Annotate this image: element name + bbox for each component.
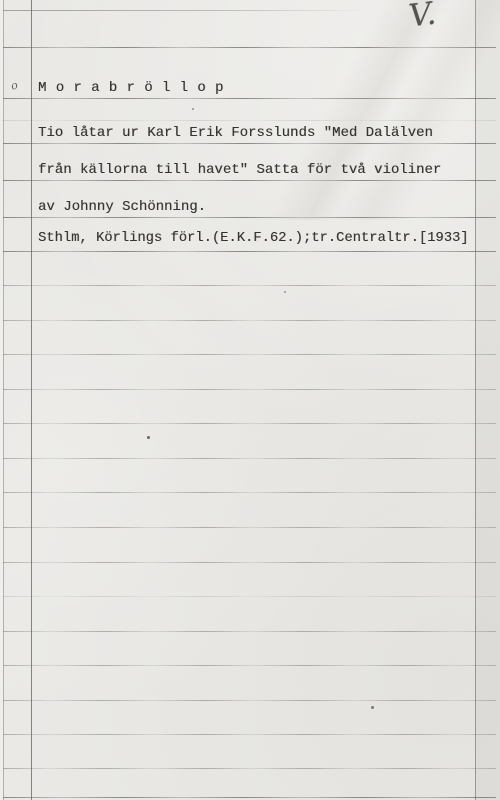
description-line: från källorna till havet" Satta för två …: [38, 161, 441, 179]
ruled-line: [3, 562, 496, 563]
dust-speck: [192, 108, 194, 110]
dust-speck: [284, 291, 286, 293]
description-line: av Johnny Schönning.: [38, 198, 206, 216]
handwritten-margin-mark: o: [10, 78, 20, 92]
ruled-line: [3, 768, 496, 769]
ruled-line: [3, 320, 496, 321]
ruled-line: [3, 458, 496, 459]
ruled-line: [3, 251, 496, 252]
ruled-line: [3, 631, 496, 632]
ruled-line: [3, 797, 496, 798]
scan-shading: [240, 0, 500, 220]
ruled-line: [3, 217, 496, 218]
ruled-line: [3, 143, 496, 144]
ruled-line: [3, 180, 496, 181]
left-margin-rule: [31, 0, 32, 800]
ruled-line: [3, 492, 496, 493]
ruled-line: [3, 47, 496, 48]
ruled-line: [3, 389, 496, 390]
ruled-line: [3, 120, 496, 121]
ruled-line: [3, 596, 496, 597]
card-title: Morabröllop: [38, 79, 233, 97]
description-line: Tio låtar ur Karl Erik Forsslunds "Med D…: [38, 124, 433, 142]
ruled-line: [3, 98, 496, 99]
ruled-line: [3, 734, 496, 735]
ruled-line: [3, 665, 496, 666]
right-margin-rule: [475, 0, 476, 800]
catalog-card: V. o Morabröllop Tio låtar ur Karl Erik …: [0, 0, 500, 800]
imprint-line: Sthlm, Körlings förl.(E.K.F.62.);tr.Cent…: [38, 230, 469, 248]
card-left-edge-line: [3, 0, 4, 800]
dust-speck: [371, 706, 374, 709]
ruled-line: [3, 423, 496, 424]
ruled-line: [3, 285, 496, 286]
ruled-line: [3, 527, 496, 528]
ruled-line: [3, 700, 496, 701]
handwritten-corner-mark: V.: [407, 0, 438, 35]
ruled-line: [3, 354, 496, 355]
dust-speck: [147, 436, 150, 439]
